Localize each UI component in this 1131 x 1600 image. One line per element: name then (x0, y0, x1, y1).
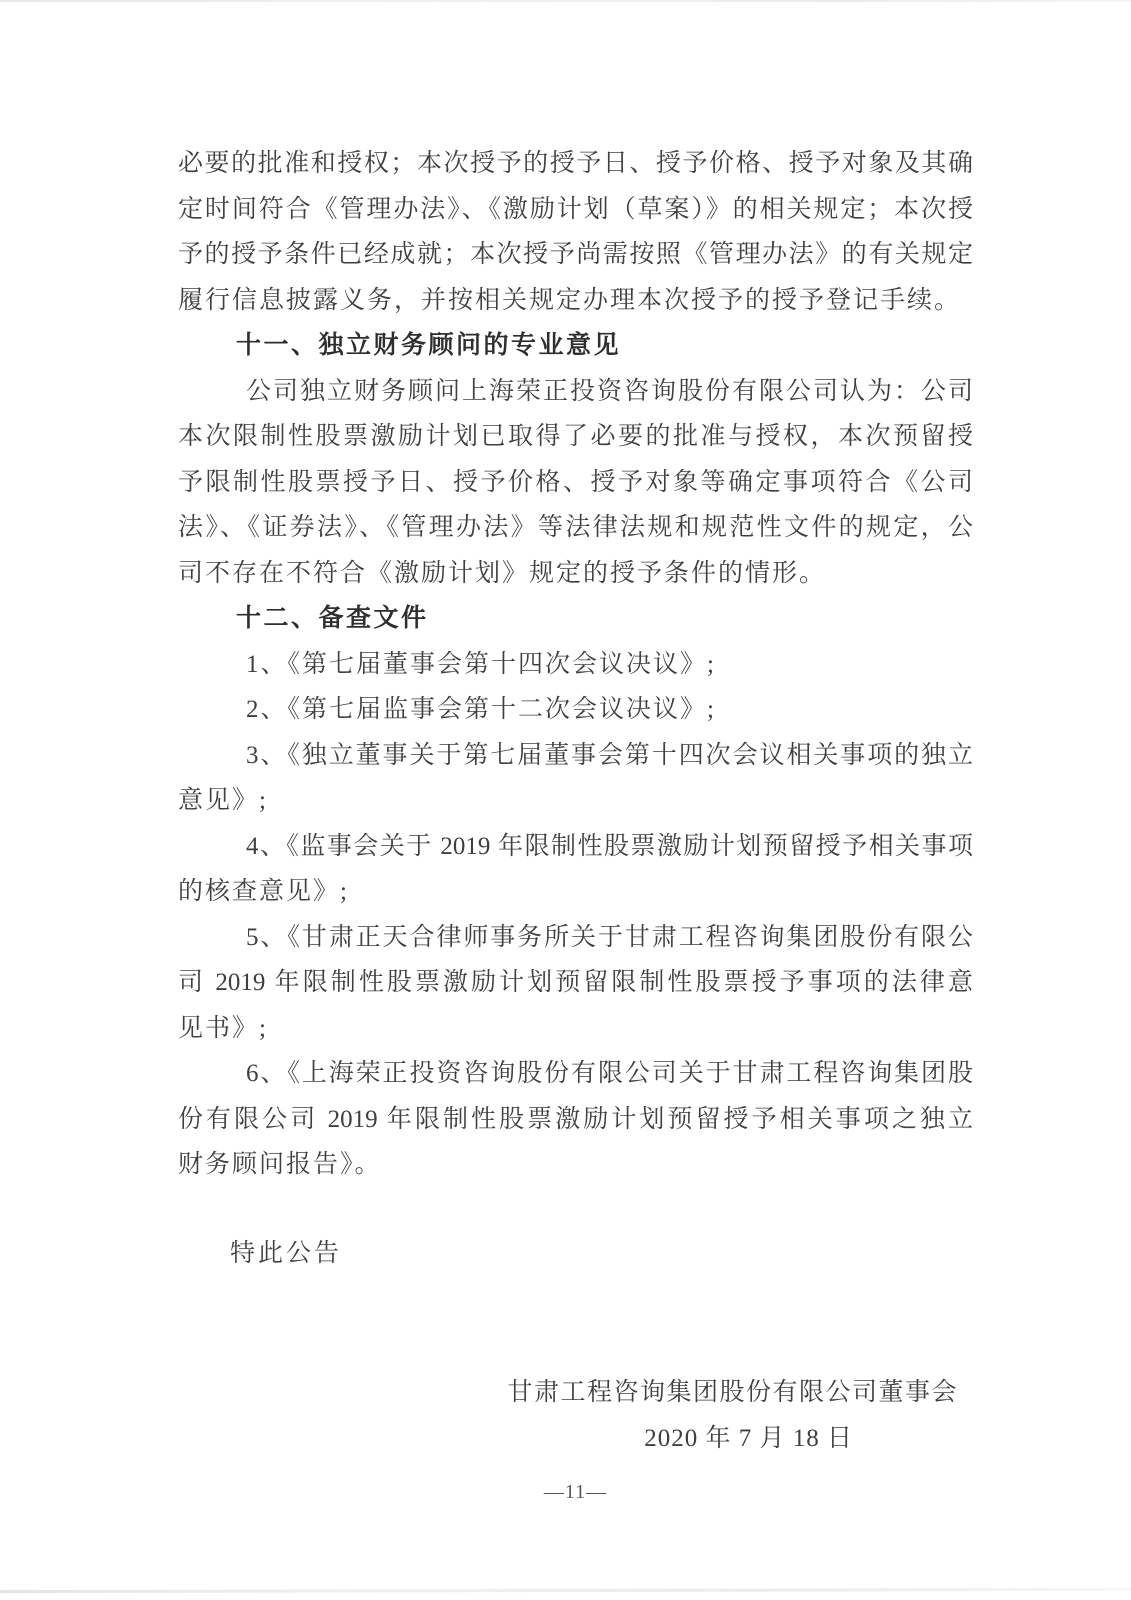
body-line: 必要的批准和授权；本次授予的授予日、授予价格、授予对象及其确 (178, 141, 973, 187)
list-item-line: 意见》; (178, 778, 973, 824)
list-item-line: 司 2019 年限制性股票激励计划预留限制性股票授予事项的法律意 (178, 960, 973, 1006)
list-item-line: 2、《第七届监事会第十二次会议决议》; (178, 687, 973, 733)
body-line: 公司独立财务顾问上海荣正投资咨询股份有限公司认为：公司 (178, 369, 973, 415)
signature-date: 2020 年 7 月 18 日 (178, 1416, 973, 1462)
list-item-line: 份有限公司 2019 年限制性股票激励计划预留授予相关事项之独立 (178, 1097, 973, 1143)
list-item-line: 4、《监事会关于 2019 年限制性股票激励计划预留授予相关事项 (178, 824, 973, 870)
body-line: 法》、《证券法》、《管理办法》等法律法规和规范性文件的规定，公 (178, 505, 973, 551)
document-content: 必要的批准和授权；本次授予的授予日、授予价格、授予对象及其确 定时间符合《管理办… (178, 141, 973, 1527)
body-line: 予限制性股票授予日、授予价格、授予对象等确定事项符合《公司 (178, 460, 973, 506)
closing-announcement: 特此公告 (178, 1231, 973, 1277)
signature-company: 甘肃工程咨询集团股份有限公司董事会 (178, 1370, 973, 1416)
list-item-line: 财务顾问报告》。 (178, 1142, 973, 1188)
section-heading-11: 十一、独立财务顾问的专业意见 (178, 323, 973, 369)
list-item-line: 见书》; (178, 1006, 973, 1052)
list-item-line: 3、《独立董事关于第七届董事会第十四次会议相关事项的独立 (178, 733, 973, 779)
scan-edge-bottom (0, 1588, 1131, 1593)
body-line: 司不存在不符合《激励计划》规定的授予条件的情形。 (178, 551, 973, 597)
body-line: 予的授予条件已经成就；本次授予尚需按照《管理办法》的有关规定 (178, 232, 973, 278)
list-item-line: 1、《第七届董事会第十四次会议决议》; (178, 642, 973, 688)
scan-edge-top (0, 0, 1131, 2)
body-line: 本次限制性股票激励计划已取得了必要的批准与授权，本次预留授 (178, 414, 973, 460)
body-line: 履行信息披露义务，并按相关规定办理本次授予的授予登记手续。 (178, 278, 973, 324)
section-heading-12: 十二、备查文件 (178, 596, 973, 642)
list-item-line: 的核查意见》; (178, 869, 973, 915)
list-item-line: 6、《上海荣正投资咨询股份有限公司关于甘肃工程咨询集团股 (178, 1051, 973, 1097)
list-item-line: 5、《甘肃正天合律师事务所关于甘肃工程咨询集团股份有限公 (178, 915, 973, 961)
document-page: 必要的批准和授权；本次授予的授予日、授予价格、授予对象及其确 定时间符合《管理办… (0, 0, 1131, 1600)
page-number: —11— (178, 1477, 973, 1507)
body-line: 定时间符合《管理办法》、《激励计划（草案）》的相关规定；本次授 (178, 187, 973, 233)
